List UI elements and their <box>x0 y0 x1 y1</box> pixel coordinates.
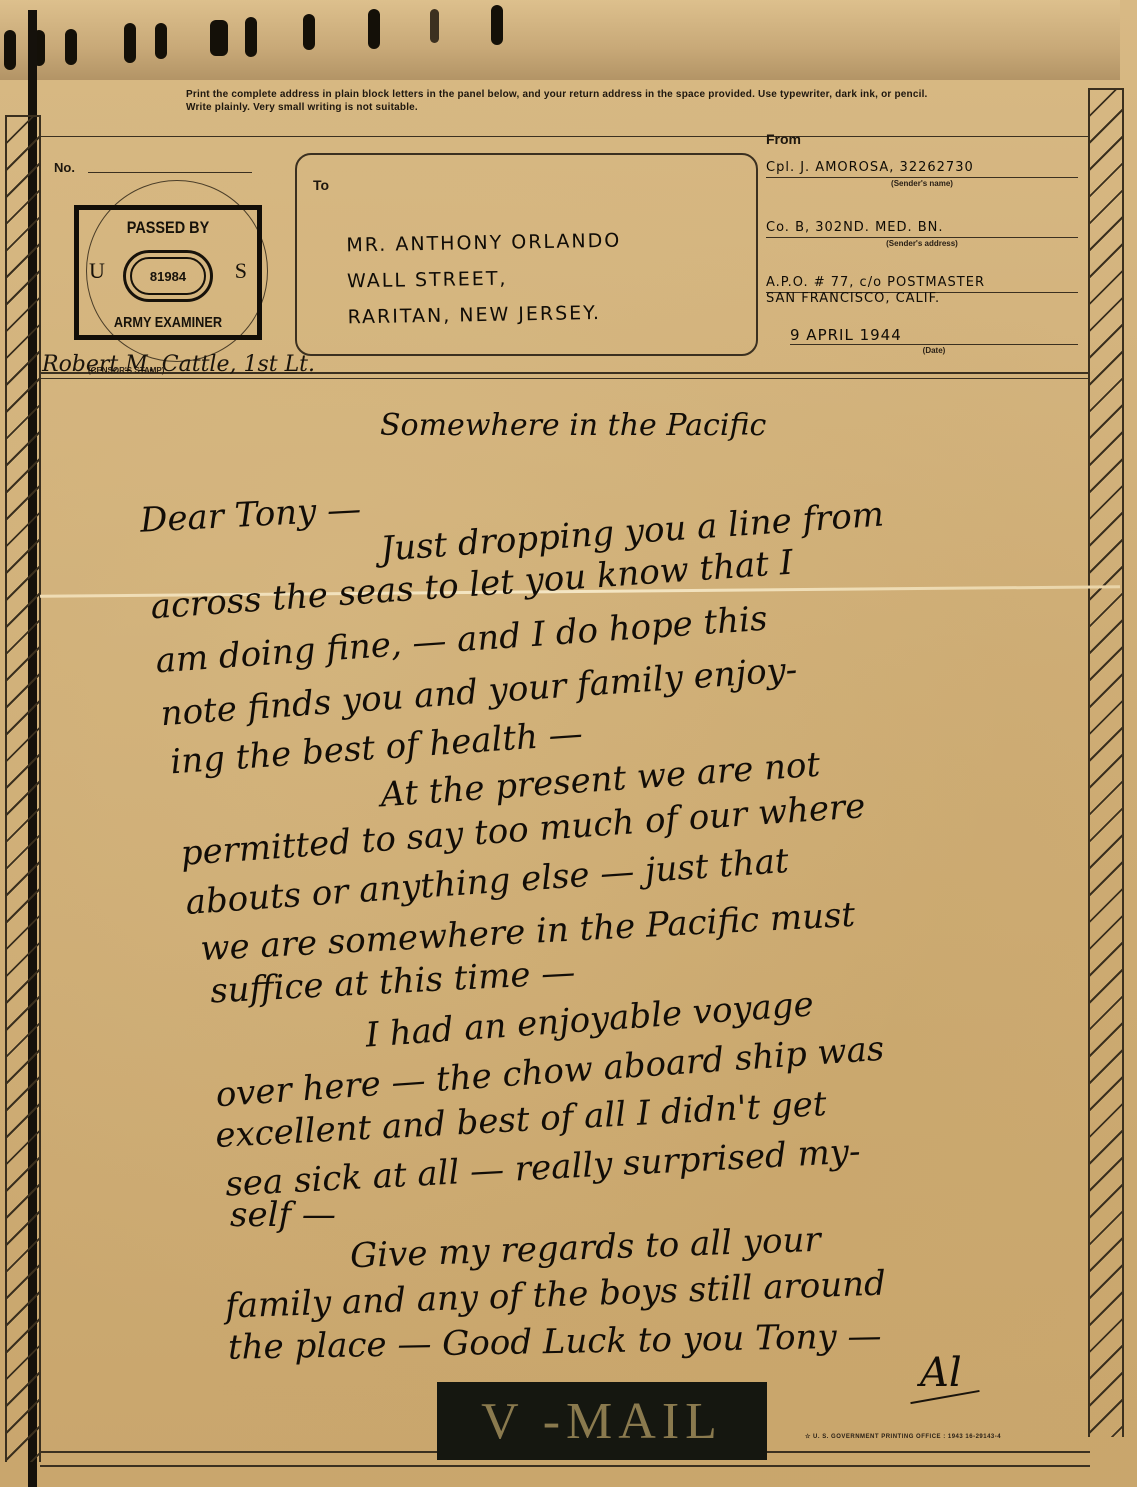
field-rule <box>790 344 1078 345</box>
letter-line: the place — Good Luck to you Tony — <box>228 1316 882 1367</box>
sprocket-hole <box>210 20 228 56</box>
stamp-s: S <box>235 258 247 284</box>
to-label: To <box>313 177 329 193</box>
vmail-page: Print the complete address in plain bloc… <box>0 0 1137 1487</box>
letter-date: 9 APRIL 1944 <box>790 327 1078 343</box>
field-rule <box>766 177 1078 178</box>
right-hatched-margin <box>1088 88 1124 1437</box>
sprocket-hole <box>491 5 503 45</box>
sprocket-strip <box>0 0 1120 80</box>
letter-line: self — <box>230 1195 336 1235</box>
sender-address-line3: SAN FRANCISCO, CALIF. <box>766 291 1078 307</box>
sender-name-field: Cpl. J. AMOROSA, 32262730 (Sender's name… <box>766 160 1078 188</box>
sprocket-hole <box>4 30 16 70</box>
recipient-address: MR. ANTHONY ORLANDO WALL STREET, RARITAN… <box>346 223 623 336</box>
sender-address-caption: (Sender's address) <box>766 239 1078 248</box>
sprocket-hole <box>368 9 380 49</box>
address-instructions: Print the complete address in plain bloc… <box>186 88 946 114</box>
stamp-passed-by: PASSED BY <box>92 218 243 238</box>
header-rule <box>40 136 1090 137</box>
date-caption: (Date) <box>790 346 1078 355</box>
sprocket-hole <box>65 29 77 65</box>
bottom-rule-2 <box>40 1465 1090 1467</box>
stamp-oval: 81984 <box>123 250 213 302</box>
recipient-panel: To MR. ANTHONY ORLANDO WALL STREET, RARI… <box>295 153 758 356</box>
vmail-banner: V -MAIL <box>437 1382 767 1460</box>
field-rule <box>766 237 1078 238</box>
sprocket-hole <box>245 17 257 57</box>
letter-line: Dear Tony — <box>139 489 362 541</box>
sender-name-caption: (Sender's name) <box>766 179 1078 188</box>
printing-office-imprint: ☆ U. S. GOVERNMENT PRINTING OFFICE : 194… <box>805 1433 1001 1440</box>
censor-signature: Robert M. Cattle, 1st Lt. <box>42 352 315 377</box>
sender-apo-field: A.P.O. # 77, c/o POSTMASTER SAN FRANCISC… <box>766 275 1078 307</box>
left-hatched-margin <box>5 115 41 1462</box>
from-label: From <box>766 131 801 147</box>
number-label: No. <box>54 160 75 175</box>
stamp-number: 81984 <box>130 257 206 295</box>
stamp-u: U <box>89 258 105 284</box>
sprocket-hole <box>124 23 136 63</box>
date-field: 9 APRIL 1944 (Date) <box>790 327 1078 355</box>
sender-name: Cpl. J. AMOROSA, 32262730 <box>766 160 1078 176</box>
vmail-banner-text: V -MAIL <box>481 1392 723 1451</box>
address-divider-2 <box>40 378 1090 379</box>
recipient-line: MR. ANTHONY ORLANDO <box>346 223 621 264</box>
sprocket-hole <box>303 14 315 50</box>
recipient-line: RARITAN, NEW JERSEY. <box>347 295 622 336</box>
letter-signature: Al <box>920 1350 962 1396</box>
recipient-line: WALL STREET, <box>347 259 622 300</box>
sender-address-field: Co. B, 302ND. MED. BN. (Sender's address… <box>766 220 1078 248</box>
sender-address-line1: Co. B, 302ND. MED. BN. <box>766 220 1078 236</box>
sender-address-line2: A.P.O. # 77, c/o POSTMASTER <box>766 275 1078 291</box>
number-field-line <box>88 172 252 173</box>
sprocket-hole <box>430 9 439 43</box>
sprocket-hole <box>155 23 167 59</box>
censor-stamp: PASSED BY U 81984 S ARMY EXAMINER <box>74 205 262 340</box>
letter-heading: Somewhere in the Pacific <box>380 408 766 443</box>
stamp-army-examiner: ARMY EXAMINER <box>92 314 243 331</box>
